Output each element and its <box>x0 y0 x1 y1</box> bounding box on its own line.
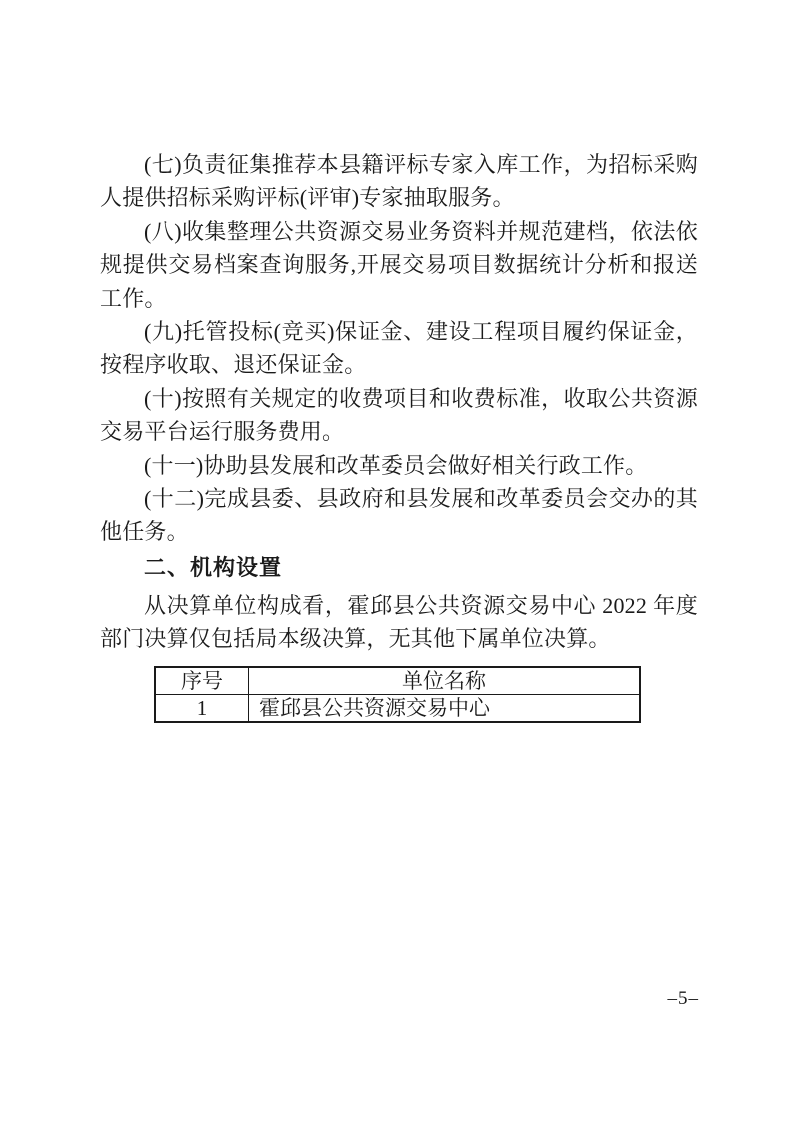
units-table-row: 1 霍邱县公共资源交易中心 <box>155 694 640 722</box>
section-paragraph: 从决算单位构成看，霍邱县公共资源交易中心 2022 年度部门决算仅包括局本级决算… <box>100 589 698 656</box>
document-page: (七)负责征集推荐本县籍评标专家入库工作，为招标采购人提供招标采购评标(评审)专… <box>0 0 793 1122</box>
paragraph-item-7: (七)负责征集推荐本县籍评标专家入库工作，为招标采购人提供招标采购评标(评审)专… <box>100 148 698 215</box>
paragraph-item-12: (十二)完成县委、县政府和县发展和改革委员会交办的其他任务。 <box>100 482 698 549</box>
page-number: –5– <box>668 988 700 1010</box>
units-table-header-name: 单位名称 <box>249 667 641 695</box>
paragraph-item-11: (十一)协助县发展和改革委员会做好相关行政工作。 <box>100 449 698 482</box>
document-body: (七)负责征集推荐本县籍评标专家入库工作，为招标采购人提供招标采购评标(评审)专… <box>100 148 698 723</box>
paragraph-item-9: (九)托管投标(竞买)保证金、建设工程项目履约保证金，按程序收取、退还保证金。 <box>100 315 698 382</box>
units-table-header-serial: 序号 <box>155 667 249 695</box>
paragraph-item-10: (十)按照有关规定的收费项目和收费标准，收取公共资源交易平台运行服务费用。 <box>100 382 698 449</box>
units-table: 序号 单位名称 1 霍邱县公共资源交易中心 <box>154 666 641 723</box>
units-table-cell-serial: 1 <box>155 694 249 722</box>
section-heading-org-setup: 二、机构设置 <box>100 551 698 585</box>
paragraph-item-8: (八)收集整理公共资源交易业务资料并规范建档，依法依规提供交易档案查询服务,开展… <box>100 215 698 315</box>
units-table-cell-name: 霍邱县公共资源交易中心 <box>249 694 641 722</box>
units-table-header-row: 序号 单位名称 <box>155 667 640 695</box>
